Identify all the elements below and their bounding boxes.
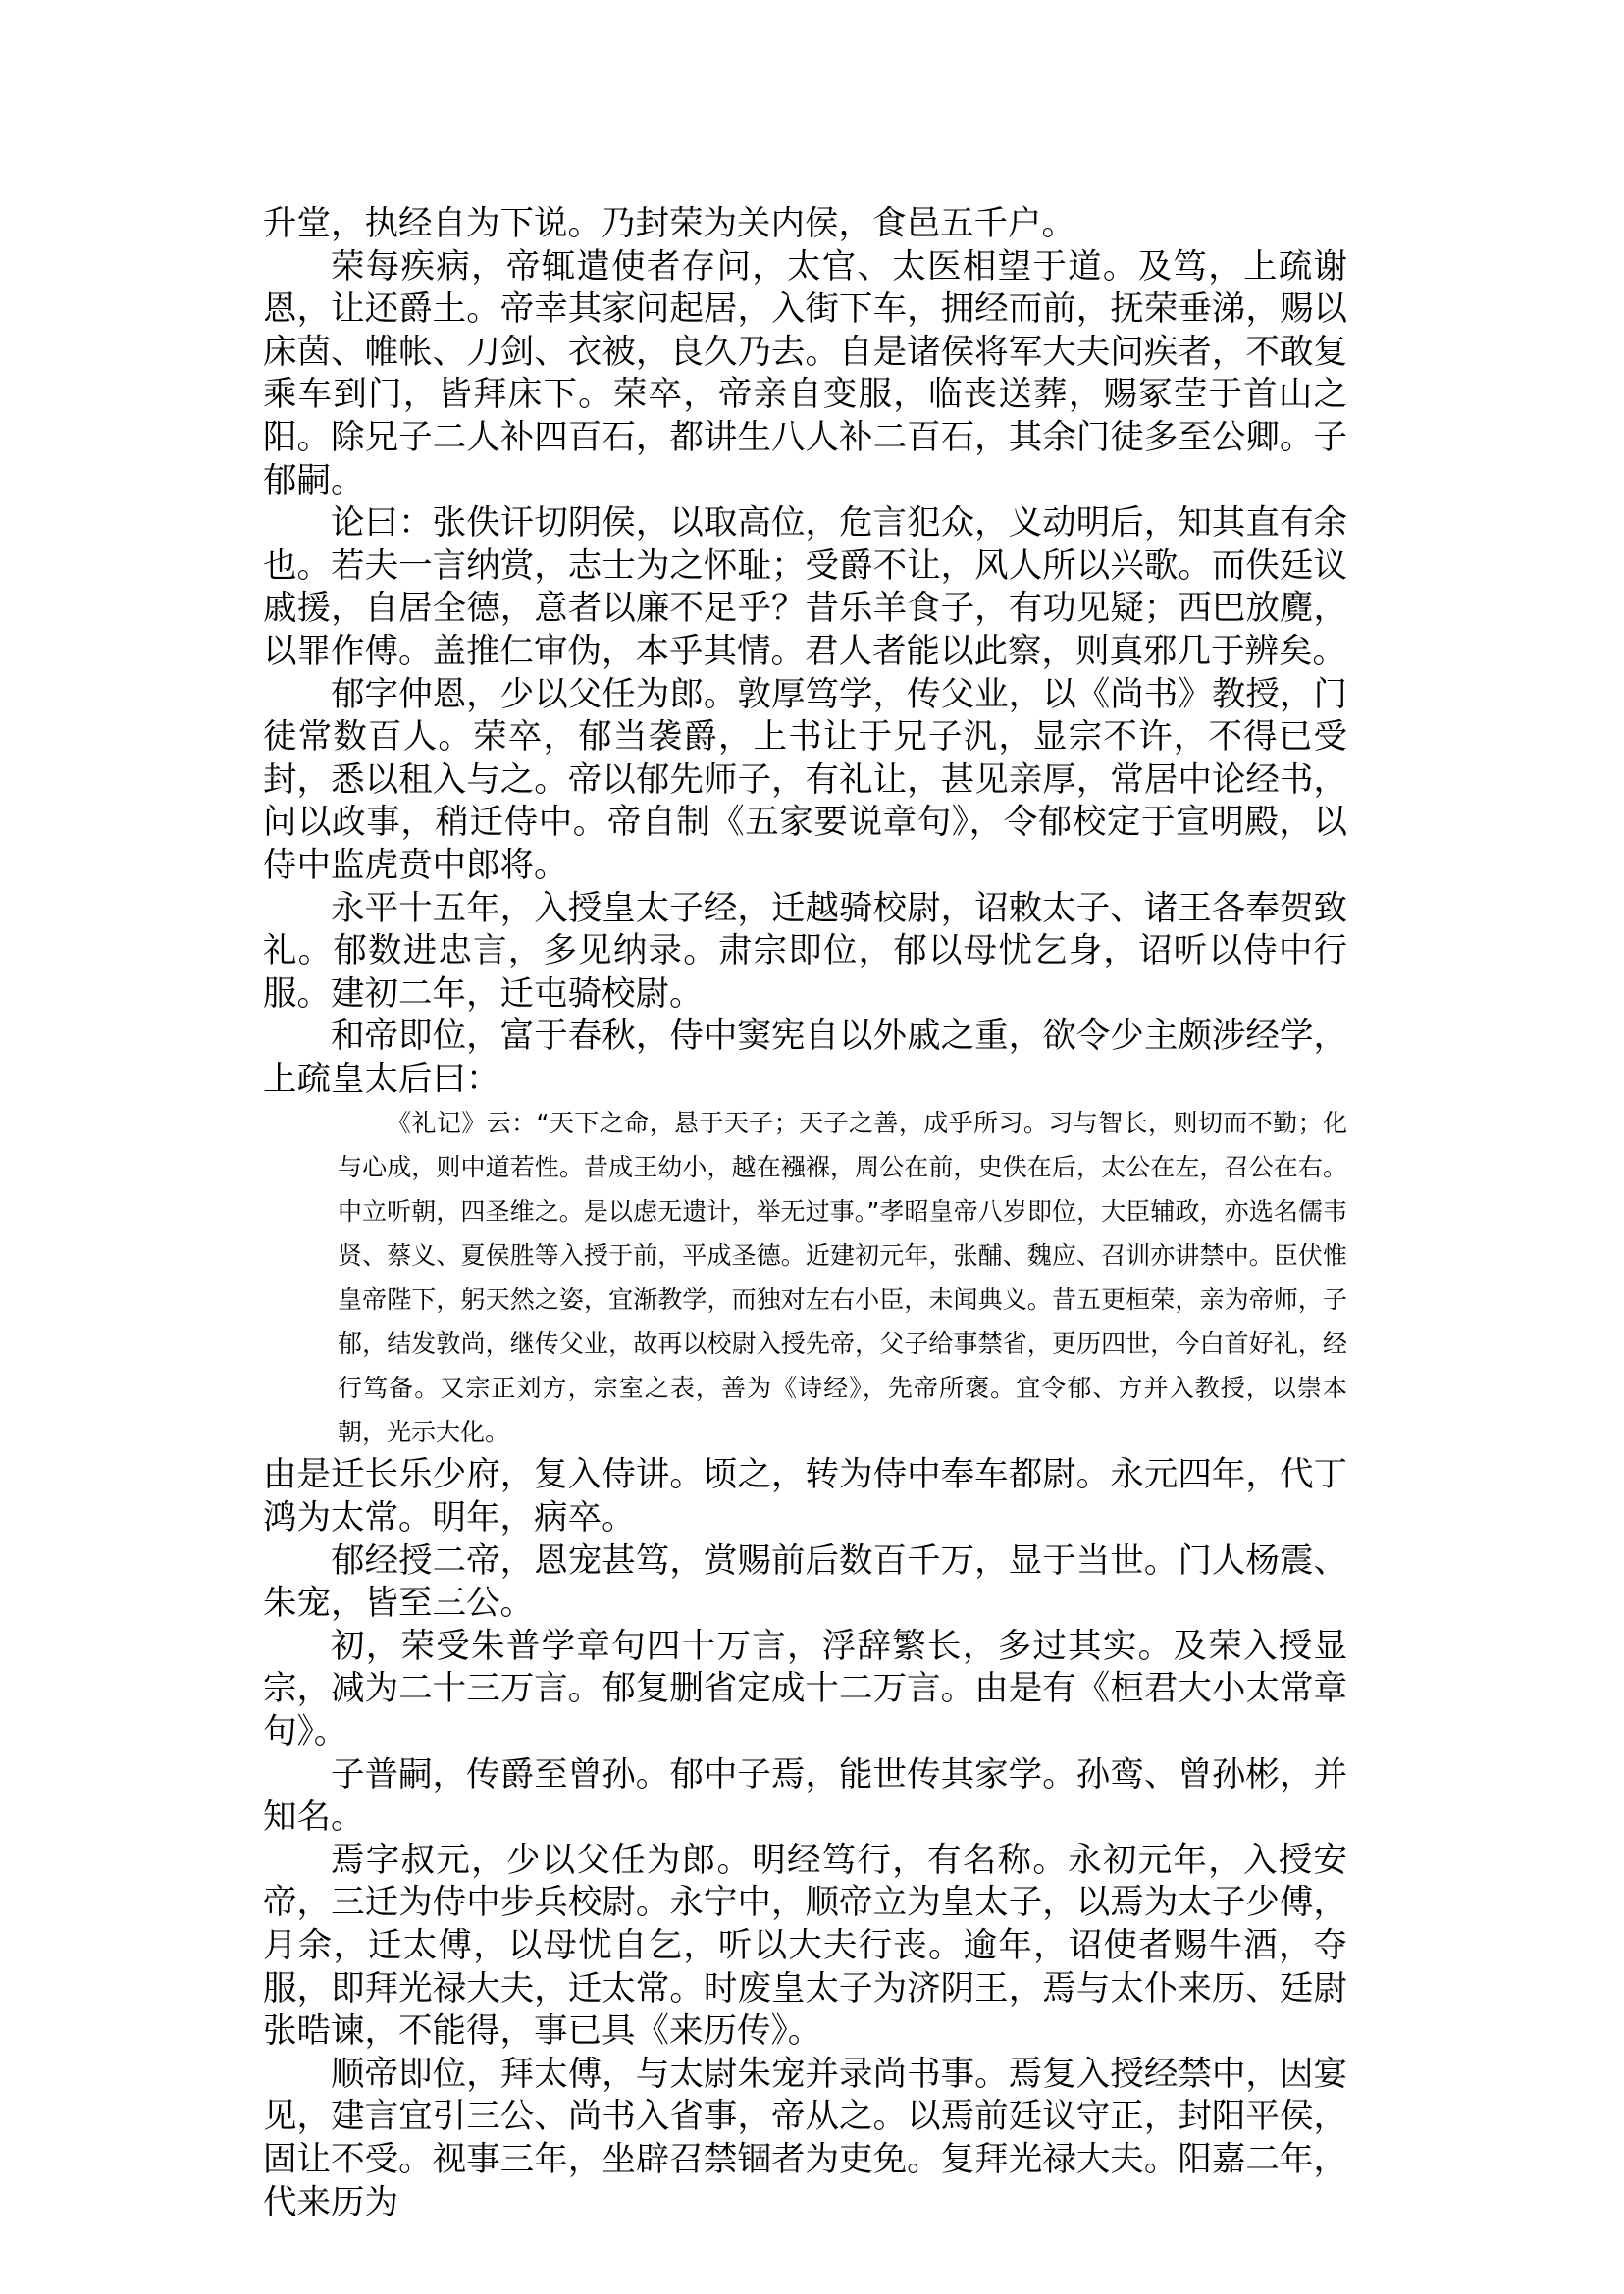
paragraph: 和帝即位，富于春秋，侍中窦宪自以外戚之重，欲令少主颇涉经学，上疏皇太后曰： [263,1016,1347,1101]
document-page: 升堂，执经自为下说。乃封荣为关内侯，食邑五千户。 荣每疾病，帝辄遣使者存问，太官… [0,0,1624,2294]
paragraph: 永平十五年，入授皇太子经，迁越骑校尉，诏敕太子、诸王各奉贺致礼。郁数进忠言，多见… [263,888,1347,1017]
paragraph: 郁字仲恩，少以父任为郎。敦厚笃学，传父业，以《尚书》教授，门徒常数百人。荣卒，郁… [263,674,1347,888]
paragraph: 子普嗣，传爵至曾孙。郁中子焉，能世传其家学。孙鸾、曾孙彬，并知名。 [263,1754,1347,1840]
paragraph: 升堂，执经自为下说。乃封荣为关内侯，食邑五千户。 [263,203,1347,246]
paragraph: 焉字叔元，少以父任为郎。明经笃行，有名称。永初元年，入授安帝，三迁为侍中步兵校尉… [263,1840,1347,2054]
paragraph: 由是迁长乐少府，复入侍讲。顷之，转为侍中奉车都尉。永元四年，代丁鸿为太常。明年，… [263,1454,1347,1539]
paragraph: 荣每疾病，帝辄遣使者存问，太官、太医相望于道。及笃，上疏谢恩，让还爵土。帝幸其家… [263,246,1347,503]
memorial-quote-block: 《礼记》云：“天下之命，悬于天子；天子之善，成乎所习。习与智长，则切而不勤；化与… [338,1101,1347,1454]
paragraph: 郁经授二帝，恩宠甚笃，赏赐前后数百千万，显于当世。门人杨震、朱宠，皆至三公。 [263,1540,1347,1626]
paragraph: 论曰：张佚讦切阴侯，以取高位，危言犯众，义动明后，知其直有余也。若夫一言纳赏，志… [263,502,1347,673]
paragraph: 初，荣受朱普学章句四十万言，浮辞繁长，多过其实。及荣入授显宗，减为二十三万言。郁… [263,1626,1347,1754]
paragraph: 顺帝即位，拜太傅，与太尉朱宠并录尚书事。焉复入授经禁中，因宴见，建言宜引三公、尚… [263,2054,1347,2224]
